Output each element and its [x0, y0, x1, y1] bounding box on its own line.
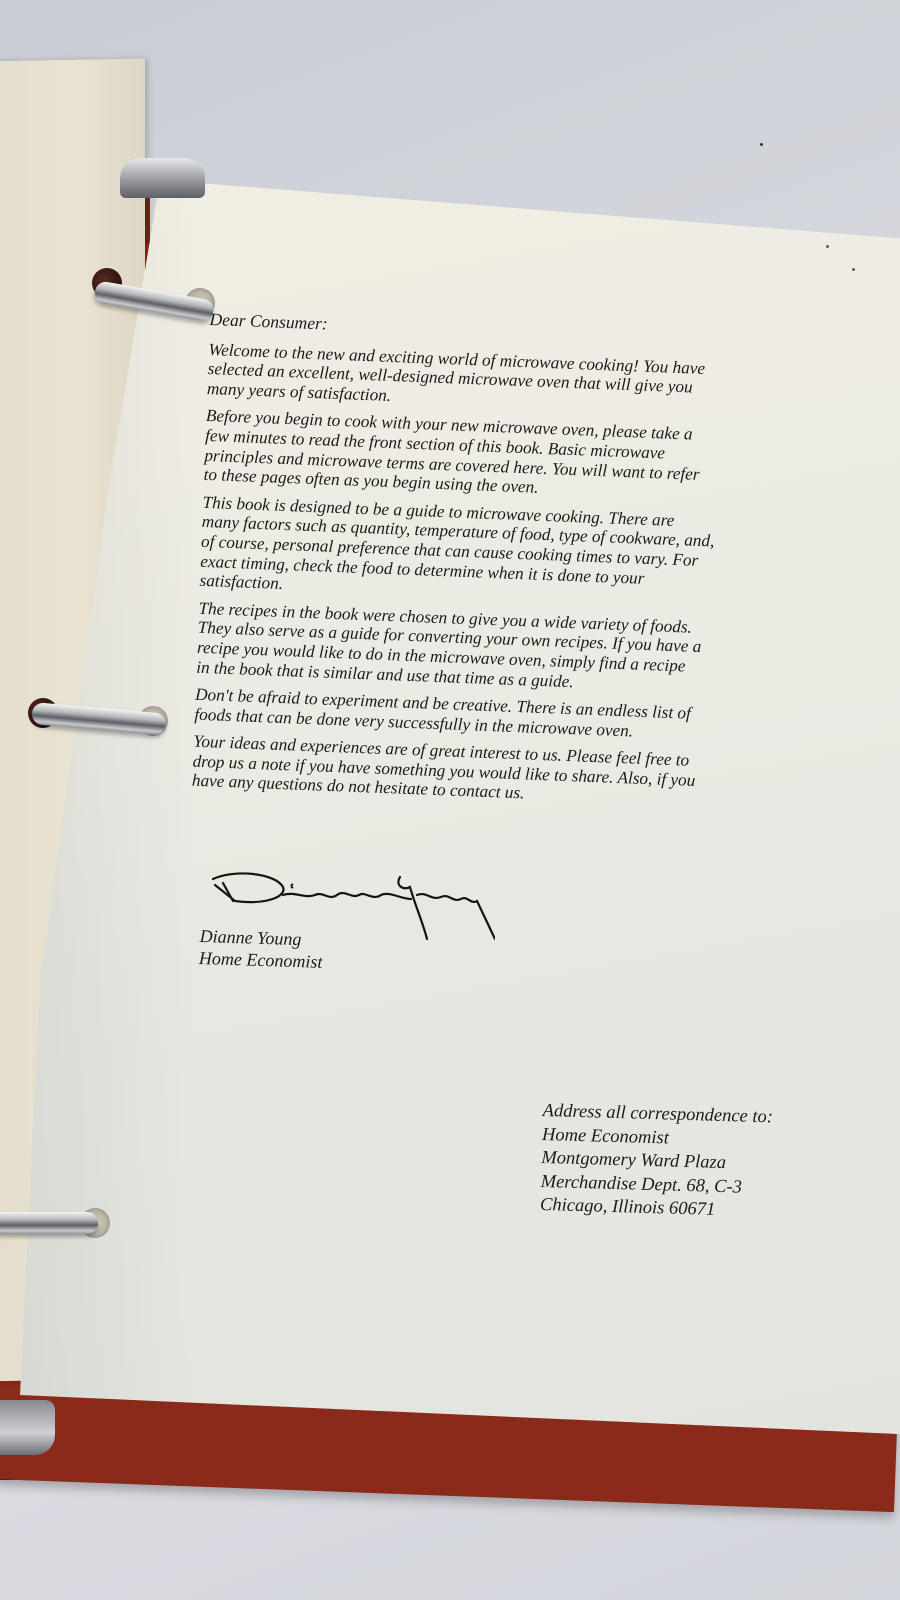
ring-bar	[0, 1212, 98, 1234]
dust-speck	[760, 143, 763, 146]
letter-paragraphs: Welcome to the new and exciting world of…	[192, 340, 849, 816]
letter-paragraph: This book is designed to be a guide to m…	[199, 493, 842, 615]
letter-paragraph: Before you begin to cook with your new m…	[203, 406, 846, 509]
signer-block: Dianne Young Home Economist	[199, 925, 324, 973]
binder-photo: Dear Consumer: Welcome to the new and ex…	[0, 0, 900, 1600]
binder-clip-top	[120, 158, 205, 198]
correspondence-address: Address all correspondence to: Home Econ…	[540, 1100, 774, 1224]
paper-speck	[826, 245, 829, 248]
letter-body: Dear Consumer: Welcome to the new and ex…	[191, 310, 849, 823]
signer-title: Home Economist	[199, 947, 323, 973]
letter-paragraph: The recipes in the book were chosen to g…	[196, 599, 839, 702]
paper-speck	[852, 268, 855, 271]
binder-clip-bottom	[0, 1400, 55, 1455]
